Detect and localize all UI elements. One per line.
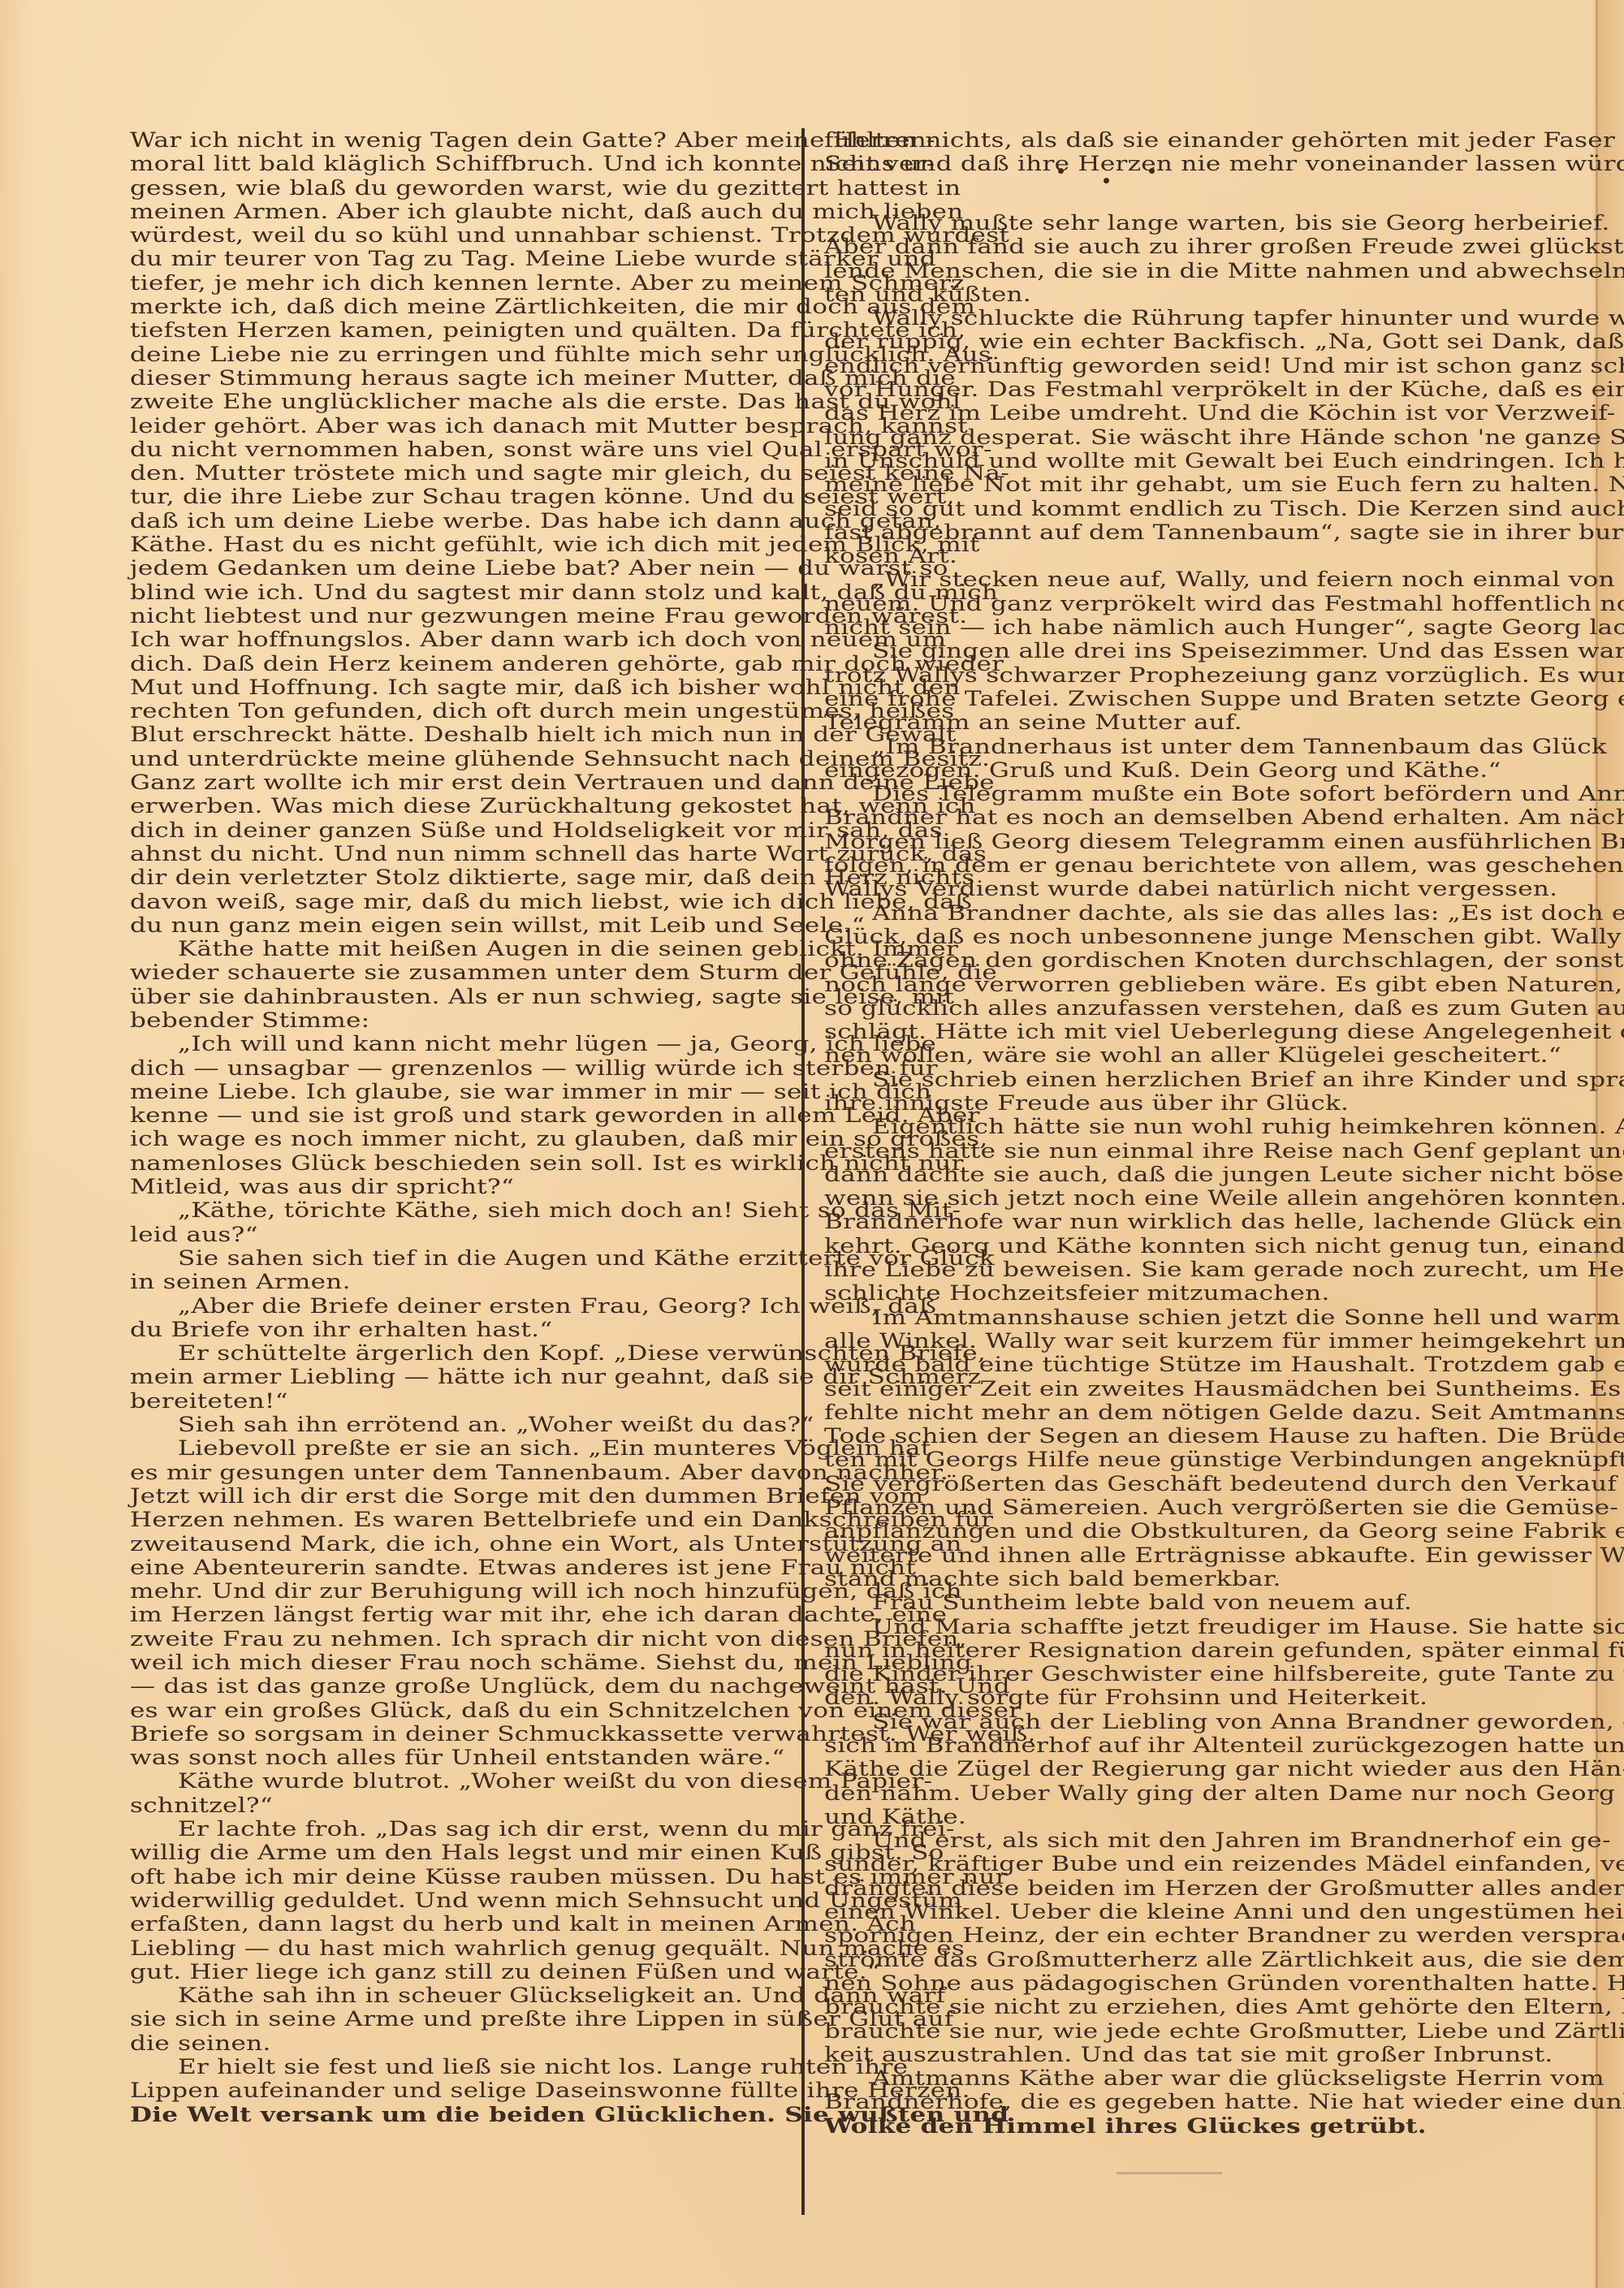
text-line: Briefe so sorgsam in deiner Schmuckkasse… xyxy=(130,1722,797,1746)
column-divider-rule xyxy=(801,128,805,2215)
text-line: sie sich in seine Arme und preßte ihre L… xyxy=(130,2007,797,2031)
text-line: würdest, weil du so kühl und unnahbar sc… xyxy=(130,223,797,247)
text-line: Brandnerhofe, die es gegeben hatte. Nie … xyxy=(824,2090,1492,2113)
text-line: drängten diese beiden im Herzen der Groß… xyxy=(824,1876,1492,1900)
text-line: erwerben. Was mich diese Zurückhaltung g… xyxy=(130,794,797,818)
text-line: die seinen. xyxy=(130,2031,797,2055)
text-line: Sie schrieb einen herzlichen Brief an ih… xyxy=(824,1068,1492,1091)
text-line: du mir teurer von Tag zu Tag. Meine Lieb… xyxy=(130,247,797,270)
text-line: den. Mutter tröstete mich und sagte mir … xyxy=(130,461,797,485)
text-line: in seinen Armen. xyxy=(130,1270,797,1293)
text-line: fehlte nicht mehr an dem nötigen Gelde d… xyxy=(824,1401,1492,1424)
text-line: Mut und Hoffnung. Ich sagte mir, daß ich… xyxy=(130,676,797,699)
text-line: moral litt bald kläglich Schiffbruch. Un… xyxy=(130,152,797,175)
text-line: „Ich will und kann nicht mehr lügen — ja… xyxy=(130,1032,797,1056)
text-line: widerwillig geduldet. Und wenn mich Sehn… xyxy=(130,1889,797,1912)
text-line: Wally schluckte die Rührung tapfer hinun… xyxy=(824,306,1492,330)
text-line: dieser Stimmung heraus sagte ich meiner … xyxy=(130,366,797,390)
text-line: meine Liebe. Ich glaube, sie war immer i… xyxy=(130,1080,797,1103)
text-line: Sie gingen alle drei ins Speisezimmer. U… xyxy=(824,639,1492,663)
text-line: Im Amtmannshause schien jetzt die Sonne … xyxy=(824,1306,1492,1329)
text-line: fast abgebrannt auf dem Tannenbaum“, sag… xyxy=(824,520,1492,544)
pencil-scribble-mark xyxy=(1116,2172,1222,2174)
text-line: das Herz im Leibe umdreht. Und die Köchi… xyxy=(824,401,1492,425)
text-line: dich — unsagbar — grenzenlos — willig wü… xyxy=(130,1056,797,1080)
text-line: Blut erschreckt hätte. Deshalb hielt ich… xyxy=(130,723,797,746)
text-line: „Aber die Briefe deiner ersten Frau, Geo… xyxy=(130,1294,797,1318)
text-line: zweite Frau zu nehmen. Ich sprach dir ni… xyxy=(130,1627,797,1651)
text-line: ihre Liebe zu beweisen. Sie kam gerade n… xyxy=(824,1258,1492,1281)
text-line: es mir gesungen unter dem Tannenbaum. Ab… xyxy=(130,1461,797,1484)
text-line: Dies Telegramm mußte ein Bote sofort bef… xyxy=(824,782,1492,805)
text-line: tur, die ihre Liebe zur Schau tragen kön… xyxy=(130,485,797,508)
text-line: War ich nicht in wenig Tagen dein Gatte?… xyxy=(130,128,797,152)
text-line: bereiteten!“ xyxy=(130,1389,797,1413)
text-line: im Herzen längst fertig war mit ihr, ehe… xyxy=(130,1603,797,1626)
text-line: Käthe die Zügel der Regierung gar nicht … xyxy=(824,1757,1492,1781)
text-line: ohne Zagen den gordischen Knoten durchsc… xyxy=(824,948,1492,972)
text-line: Pflanzen und Sämereien. Auch vergrößerte… xyxy=(824,1496,1492,1519)
text-line: Aber dann fand sie auch zu ihrer großen … xyxy=(824,235,1492,258)
text-line: deine Liebe nie zu erringen und fühlte m… xyxy=(130,343,797,366)
text-line: ich wage es noch immer nicht, zu glauben… xyxy=(130,1127,797,1150)
text-line: seid so gut und kommt endlich zu Tisch. … xyxy=(824,497,1492,520)
text-line: folgen, in dem er genau berichtete von a… xyxy=(824,853,1492,877)
text-line: Und Maria schaffte jetzt freudiger im Ha… xyxy=(824,1615,1492,1638)
text-line: — das ist das ganze große Unglück, dem d… xyxy=(130,1674,797,1698)
text-line: einen Winkel. Ueber die kleine Anni und … xyxy=(824,1900,1492,1923)
text-line: Sie war auch der Liebling von Anna Brand… xyxy=(824,1710,1492,1733)
text-line: Käthe wurde blutrot. „Woher weißt du von… xyxy=(130,1769,797,1793)
text-line: ihre innigste Freude aus über ihr Glück. xyxy=(824,1091,1492,1115)
text-line: meinen Armen. Aber ich glaubte nicht, da… xyxy=(130,200,797,223)
text-line: Er lachte froh. „Das sag ich dir erst, w… xyxy=(130,1817,797,1841)
text-line: anpflanzungen und die Obstkulturen, da G… xyxy=(824,1519,1492,1543)
text-line: meine liebe Not mit ihr gehabt, um sie E… xyxy=(824,473,1492,496)
text-line: Er schüttelte ärgerlich den Kopf. „Diese… xyxy=(130,1341,797,1365)
text-line: Wallys Verdienst wurde dabei natürlich n… xyxy=(824,877,1492,900)
newspaper-page: War ich nicht in wenig Tagen dein Gatte?… xyxy=(0,0,1624,2288)
text-line: über sie dahinbrausten. Als er nun schwi… xyxy=(130,985,797,1008)
text-line: nun in heiterer Resignation darein gefun… xyxy=(824,1638,1492,1662)
text-line: zweite Ehe unglücklicher mache als die e… xyxy=(130,390,797,413)
text-line: lung ganz desperat. Sie wäscht ihre Händ… xyxy=(824,425,1492,449)
text-line: Die Welt versank um die beiden Glücklich… xyxy=(130,2103,797,2126)
text-line: Käthe hatte mit heißen Augen in die sein… xyxy=(130,937,797,961)
text-line: leider gehört. Aber was ich danach mit M… xyxy=(130,414,797,438)
text-line: bebender Stimme: xyxy=(130,1008,797,1032)
text-line: ahnst du nicht. Und nun nimm schnell das… xyxy=(130,842,797,866)
text-line: davon weiß, sage mir, daß du mich liebst… xyxy=(130,890,797,913)
text-line: die Kinder ihrer Geschwister eine hilfsb… xyxy=(824,1662,1492,1686)
text-line: tiefer, je mehr ich dich kennen lernte. … xyxy=(130,271,797,295)
text-line: mehr. Und dir zur Beruhigung will ich no… xyxy=(130,1579,797,1603)
text-line: blind wie ich. Und du sagtest mir dann s… xyxy=(130,581,797,604)
text-line: nen Sohne aus pädagogischen Gründen vore… xyxy=(824,1971,1492,1995)
text-line: ten und küßten. xyxy=(824,283,1492,306)
text-line: Brandnerhofe war nun wirklich das helle,… xyxy=(824,1210,1492,1233)
text-line: dich. Daß dein Herz keinem anderen gehör… xyxy=(130,652,797,676)
text-line: Morgen ließ Georg diesem Telegramm einen… xyxy=(824,830,1492,853)
text-line: lende Menschen, die sie in die Mitte nah… xyxy=(824,259,1492,283)
text-line: seit einiger Zeit ein zweites Hausmädche… xyxy=(824,1377,1492,1401)
text-line: namenloses Glück beschieden sein soll. I… xyxy=(130,1151,797,1175)
text-line: schlägt. Hätte ich mit viel Ueberlegung … xyxy=(824,1020,1492,1043)
separator-dot-icon xyxy=(1104,178,1109,183)
text-line: Frau Suntheim lebte bald von neuem auf. xyxy=(824,1591,1492,1614)
text-line: Brandner hat es noch an demselben Abend … xyxy=(824,805,1492,829)
text-line: eingezogen. Gruß und Kuß. Dein Georg und… xyxy=(824,758,1492,782)
text-line: „Im Brandnerhaus ist unter dem Tannenbau… xyxy=(824,735,1492,758)
text-line: Wolke den Himmel ihres Glückes getrübt. xyxy=(824,2114,1492,2138)
text-line: der ruppig, wie ein echter Backfisch. „N… xyxy=(824,330,1492,353)
text-line: eine Abenteurerin sandte. Etwas anderes … xyxy=(130,1556,797,1579)
text-line: Tode schien der Segen an diesem Hause zu… xyxy=(824,1424,1492,1448)
text-line: Und erst, als sich mit den Jahren im Bra… xyxy=(824,1828,1492,1852)
text-line: wieder schauerte sie zusammen unter dem … xyxy=(130,961,797,984)
text-line: Sie vergrößerten das Geschäft bedeutend … xyxy=(824,1472,1492,1496)
text-line: erstens hatte sie nun einmal ihre Reise … xyxy=(824,1139,1492,1163)
text-line: sunder, kräftiger Bube und ein reizendes… xyxy=(824,1852,1492,1876)
text-line: noch lange verworren geblieben wäre. Es … xyxy=(824,973,1492,996)
text-line: Er hielt sie fest und ließ sie nicht los… xyxy=(130,2055,797,2079)
text-line: kehrt. Georg und Käthe konnten sich nich… xyxy=(824,1234,1492,1258)
text-line: Jetzt will ich dir erst die Sorge mit de… xyxy=(130,1484,797,1508)
text-line: gut. Hier liege ich ganz still zu deinen… xyxy=(130,1960,797,1984)
text-line: Telegramm an seine Mutter auf. xyxy=(824,710,1492,734)
text-line: spornigen Heinz, der ein echter Brandner… xyxy=(824,1923,1492,1947)
text-line: dir dein verletzter Stolz diktierte, sag… xyxy=(130,866,797,889)
text-line: leid aus?“ xyxy=(130,1223,797,1246)
text-line: was sonst noch alles für Unheil entstand… xyxy=(130,1746,797,1769)
text-line: Herzen nehmen. Es waren Bettelbriefe und… xyxy=(130,1508,797,1531)
text-line: alle Winkel. Wally war seit kurzem für i… xyxy=(824,1329,1492,1353)
separator-dot-icon xyxy=(1149,168,1155,174)
text-line: trotz Wallys schwarzer Prophezeiung ganz… xyxy=(824,663,1492,687)
text-line: kenne — und sie ist groß und stark gewor… xyxy=(130,1103,797,1127)
text-line: strömte das Großmutterherz alle Zärtlich… xyxy=(824,1948,1492,1971)
text-line: Mitleid, was aus dir spricht?“ xyxy=(130,1175,797,1198)
text-line: in Unschuld und wollte mit Gewalt bei Eu… xyxy=(824,449,1492,473)
text-line: „Käthe, törichte Käthe, sieh mich doch a… xyxy=(130,1198,797,1222)
text-line: Lippen aufeinander und selige Daseinswon… xyxy=(130,2079,797,2102)
text-line: rechten Ton gefunden, dich oft durch mei… xyxy=(130,699,797,723)
text-line: du nun ganz mein eigen sein willst, mit … xyxy=(130,913,797,937)
text-line: so glücklich alles anzufassen verstehen,… xyxy=(824,996,1492,1020)
text-line: jedem Gedanken um deine Liebe bat? Aber … xyxy=(130,556,797,580)
text-line: neuem. Und ganz verprökelt wird das Fest… xyxy=(824,592,1492,615)
text-line: nen wollen, wäre sie wohl an aller Klüge… xyxy=(824,1043,1492,1067)
text-line: weil ich mich dieser Frau noch schäme. S… xyxy=(130,1651,797,1674)
text-line: Liebling — du hast mich wahrlich genug g… xyxy=(130,1936,797,1960)
text-line: weiterte und ihnen alle Erträgnisse abka… xyxy=(824,1543,1492,1567)
text-line: sich im Brandnerhof auf ihr Altenteil zu… xyxy=(824,1733,1492,1757)
left-text-column: War ich nicht in wenig Tagen dein Gatte?… xyxy=(130,128,797,2126)
text-line: „Wir stecken neue auf, Wally, und feiern… xyxy=(824,568,1492,591)
text-line: Wally mußte sehr lange warten, bis sie G… xyxy=(824,211,1492,235)
text-line: oft habe ich mir deine Küsse rauben müss… xyxy=(130,1865,797,1889)
text-line: Käthe. Hast du es nicht gefühlt, wie ich… xyxy=(130,533,797,556)
text-line: eine frohe Tafelei. Zwischen Suppe und B… xyxy=(824,687,1492,710)
text-line: Glück, daß es noch unbesonnene junge Men… xyxy=(824,925,1492,948)
text-line: keit auszustrahlen. Und das tat sie mit … xyxy=(824,2043,1492,2066)
text-line: Käthe sah ihn in scheuer Glückseligkeit … xyxy=(130,1984,797,2007)
text-line: nicht liebtest und nur gezwungen meine F… xyxy=(130,604,797,628)
text-line: wenn sie sich jetzt noch eine Weile alle… xyxy=(824,1186,1492,1210)
text-line: gessen, wie blaß du geworden warst, wie … xyxy=(130,176,797,200)
text-line: schnitzel?“ xyxy=(130,1794,797,1817)
text-line: Eigentlich hätte sie nun wohl ruhig heim… xyxy=(824,1115,1492,1138)
text-line: den. Wally sorgte für Frohsinn und Heite… xyxy=(824,1686,1492,1709)
text-line: nicht sein — ich habe nämlich auch Hunge… xyxy=(824,615,1492,639)
text-line: Sieh sah ihn errötend an. „Woher weißt d… xyxy=(130,1413,797,1436)
text-line: daß ich um deine Liebe werbe. Das habe i… xyxy=(130,509,797,533)
text-line: stand machte sich bald bemerkbar. xyxy=(824,1567,1492,1591)
text-line: erfaßten, dann lagst du herb und kalt in… xyxy=(130,1912,797,1936)
text-line: tiefsten Herzen kamen, peinigten und quä… xyxy=(130,318,797,342)
text-line: willig die Arme um den Hals legst und mi… xyxy=(130,1841,797,1864)
text-line: zweitausend Mark, die ich, ohne ein Wort… xyxy=(130,1532,797,1556)
text-line: Anna Brandner dachte, als sie das alles … xyxy=(824,901,1492,925)
text-line: und Käthe. xyxy=(824,1805,1492,1828)
text-line: den nahm. Ueber Wally ging der alten Dam… xyxy=(824,1781,1492,1805)
text-line: du Briefe von ihr erhalten hast.“ xyxy=(130,1318,797,1341)
text-line: brauchte sie nur, wie jede echte Großmut… xyxy=(824,2019,1492,2043)
text-line: fühlten nichts, als daß sie einander geh… xyxy=(824,128,1492,152)
text-line: ten mit Georgs Hilfe neue günstige Verbi… xyxy=(824,1448,1492,1471)
text-line: dich in deiner ganzen Süße und Holdselig… xyxy=(130,818,797,842)
text-line: schlichte Hochzeitsfeier mitzumachen. xyxy=(824,1281,1492,1305)
text-line: dann dachte sie auch, daß die jungen Leu… xyxy=(824,1163,1492,1186)
text-line: merkte ich, daß dich meine Zärtlichkeite… xyxy=(130,295,797,318)
text-line: endlich vernünftig geworden seid! Und mi… xyxy=(824,354,1492,378)
text-line: Ich war hoffnungslos. Aber dann warb ich… xyxy=(130,628,797,651)
text-line: und unterdrückte meine glühende Sehnsuch… xyxy=(130,747,797,771)
text-line: Sie sahen sich tief in die Augen und Kät… xyxy=(130,1246,797,1270)
text-line: kosen Art. xyxy=(824,544,1492,568)
text-line: Ganz zart wollte ich mir erst dein Vertr… xyxy=(130,771,797,794)
text-line: brauchte sie nicht zu erziehen, dies Amt… xyxy=(824,1995,1492,2018)
separator-dot-icon xyxy=(1058,168,1064,174)
text-line: es war ein großes Glück, daß du ein Schn… xyxy=(130,1699,797,1722)
section-separator-asterism xyxy=(824,168,1492,201)
text-line: vor Hunger. Das Festmahl verprökelt in d… xyxy=(824,378,1492,401)
text-line: du nicht vernommen haben, sonst wäre uns… xyxy=(130,438,797,461)
text-line: wurde bald eine tüchtige Stütze im Haush… xyxy=(824,1353,1492,1376)
text-line: Amtmanns Käthe aber war die glückseligst… xyxy=(824,2066,1492,2090)
right-text-column-main: Wally mußte sehr lange warten, bis sie G… xyxy=(824,211,1492,2138)
text-line: mein armer Liebling — hätte ich nur geah… xyxy=(130,1365,797,1388)
text-line: Liebevoll preßte er sie an sich. „Ein mu… xyxy=(130,1436,797,1460)
